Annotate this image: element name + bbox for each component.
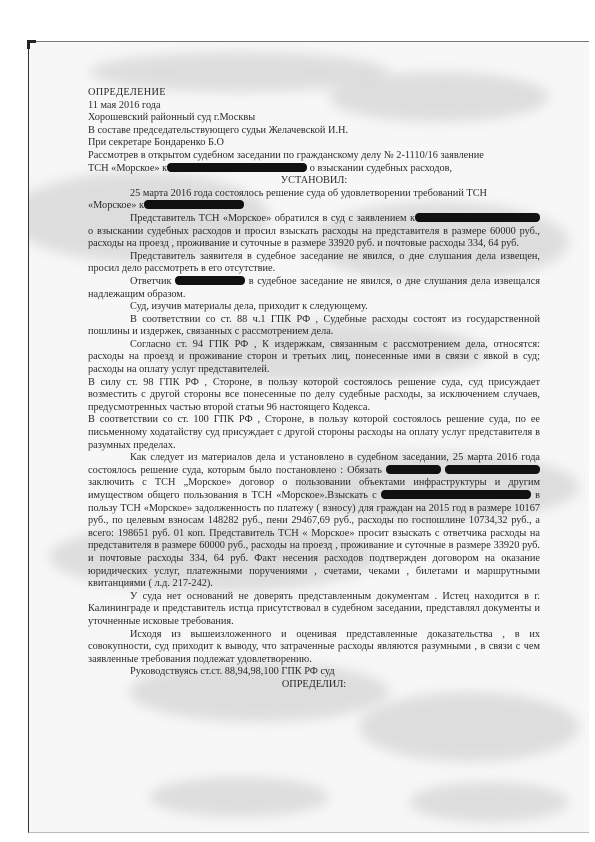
paragraph-2-post: о взыскании судебных расходов и просил в… (88, 226, 540, 250)
redacted-name (175, 276, 245, 285)
paragraph-2-pre: Представитель ТСН «Морское» обратился в … (130, 213, 415, 224)
court-composition: В составе председательствующего судьи Же… (88, 125, 540, 138)
redacted-name (445, 465, 540, 474)
court-name: Хорошевский районный суд г.Москвы (88, 112, 540, 125)
redacted-name (381, 490, 531, 499)
document-title: ОПРЕДЕЛЕНИЕ (88, 87, 540, 100)
paragraph-4: Ответчик в судебное заседание не явился,… (88, 276, 540, 301)
scan-smudge (409, 782, 569, 822)
paragraph-5: Суд, изучив материалы дела, приходит к с… (88, 301, 540, 314)
case-parties: ТСН «Морское» к о взыскании судебных рас… (88, 163, 540, 176)
redacted-name (144, 200, 244, 209)
paragraph-1b: «Морское» к (88, 200, 540, 213)
paragraph-13: Руководствуясь ст.ст. 88,94,98,100 ГПК Р… (88, 666, 540, 679)
page-corner-mark (27, 40, 36, 49)
redacted-name (415, 213, 540, 222)
scan-smudge (149, 777, 329, 817)
scan-smudge (359, 692, 579, 762)
redacted-name (167, 163, 307, 172)
redacted-name (386, 465, 441, 474)
paragraph-10: Как следует из материалов дела и установ… (88, 452, 540, 591)
decided-heading: ОПРЕДЕЛИЛ: (88, 679, 540, 692)
paragraph-4-pre: Ответчик (130, 276, 172, 287)
document-body: ОПРЕДЕЛЕНИЕ 11 мая 2016 года Хорошевский… (88, 87, 540, 692)
case-parties-post: о взыскании судебных расходов, (310, 163, 452, 174)
paragraph-1b-text: «Морское» к (88, 200, 144, 211)
document-date: 11 мая 2016 года (88, 100, 540, 113)
paragraph-6: В соответствии со ст. 88 ч.1 ГПК РФ , Су… (88, 314, 540, 339)
paragraph-2: Представитель ТСН «Морское» обратился в … (88, 213, 540, 251)
paragraph-1: 25 марта 2016 года состоялось решение су… (88, 188, 540, 201)
court-secretary: При секретаре Бондаренко Б.О (88, 137, 540, 150)
case-considered: Рассмотрев в открытом судебном заседании… (88, 150, 540, 163)
paragraph-7: Согласно ст. 94 ГПК РФ , К издержкам, св… (88, 339, 540, 377)
paragraph-8: В силу ст. 98 ГПК РФ , Стороне, в пользу… (88, 377, 540, 415)
case-parties-pre: ТСН «Морское» к (88, 163, 167, 174)
paragraph-11: У суда нет оснований не доверять предста… (88, 591, 540, 629)
paragraph-3: Представитель заявителя в судебное засед… (88, 251, 540, 276)
paragraph-10-c: в пользу ТСН «Морское» задолженность по … (88, 490, 540, 589)
paragraph-9: В соответствии со ст. 100 ГПК РФ , Сторо… (88, 414, 540, 452)
established-heading: УСТАНОВИЛ: (88, 175, 540, 188)
paragraph-12: Исходя из вышеизложенного и оценивая пре… (88, 629, 540, 667)
